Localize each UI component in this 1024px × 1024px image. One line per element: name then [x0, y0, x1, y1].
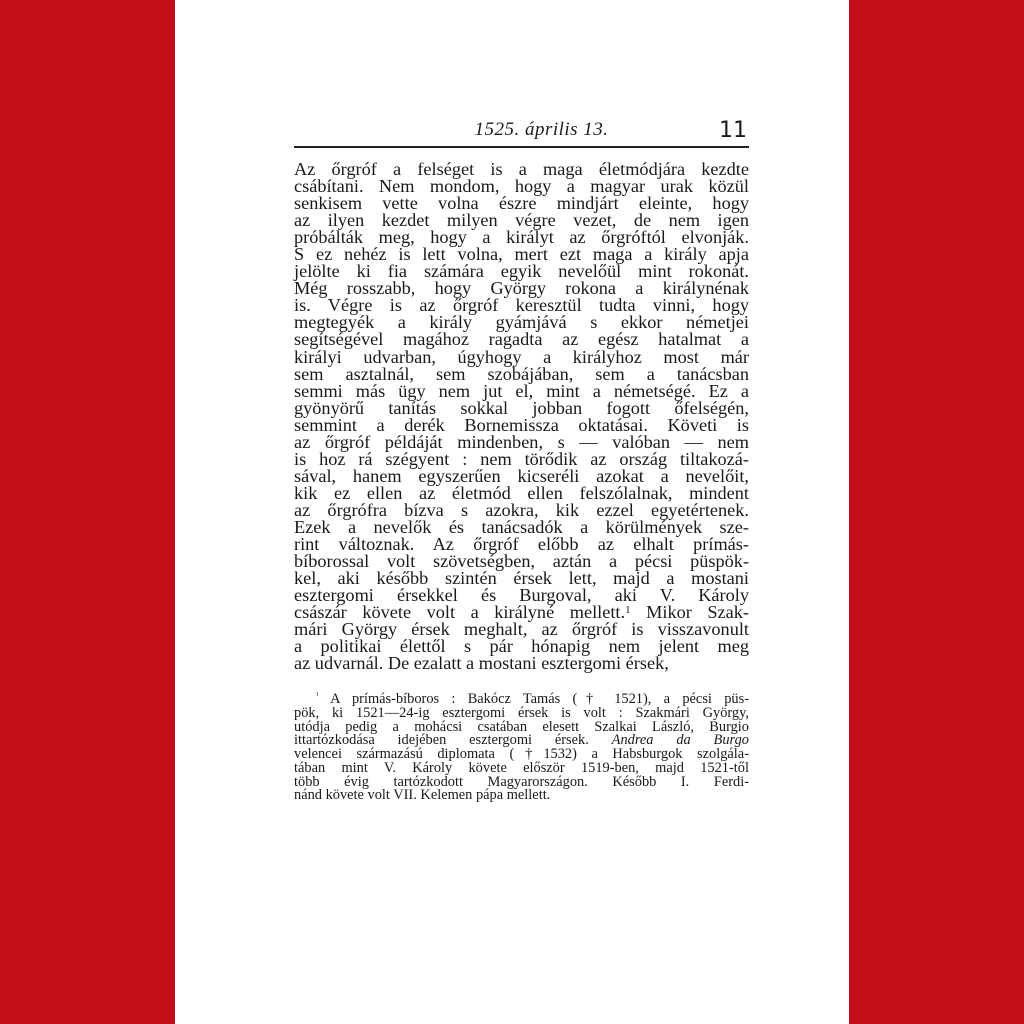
- right-red-panel: [849, 0, 1024, 1024]
- footnote: ¹ A prímás-bíboros : Bakócz Tamás († 152…: [294, 693, 749, 803]
- footnote-marker: ¹: [316, 690, 319, 700]
- left-red-panel: [0, 0, 175, 1024]
- running-head: 1525. április 13. 11: [294, 110, 749, 148]
- text-line: királyi udvarban, úgyhogy a királyhoz mo…: [294, 349, 749, 366]
- running-head-title: 1525. április 13.: [294, 119, 749, 141]
- text-line: az udvarnál. De ezalatt a mostani eszter…: [294, 655, 749, 672]
- page-number: 11: [719, 118, 747, 143]
- text-line: segítségével magához ragadta az egész ha…: [294, 331, 749, 348]
- footnote-line: nánd követe volt VII. Kelemen pápa melle…: [294, 789, 749, 803]
- book-page: 1525. április 13. 11 Az őrgróf a felsége…: [294, 110, 749, 803]
- body-text: Az őrgróf a felséget is a maga életmódjá…: [294, 161, 749, 672]
